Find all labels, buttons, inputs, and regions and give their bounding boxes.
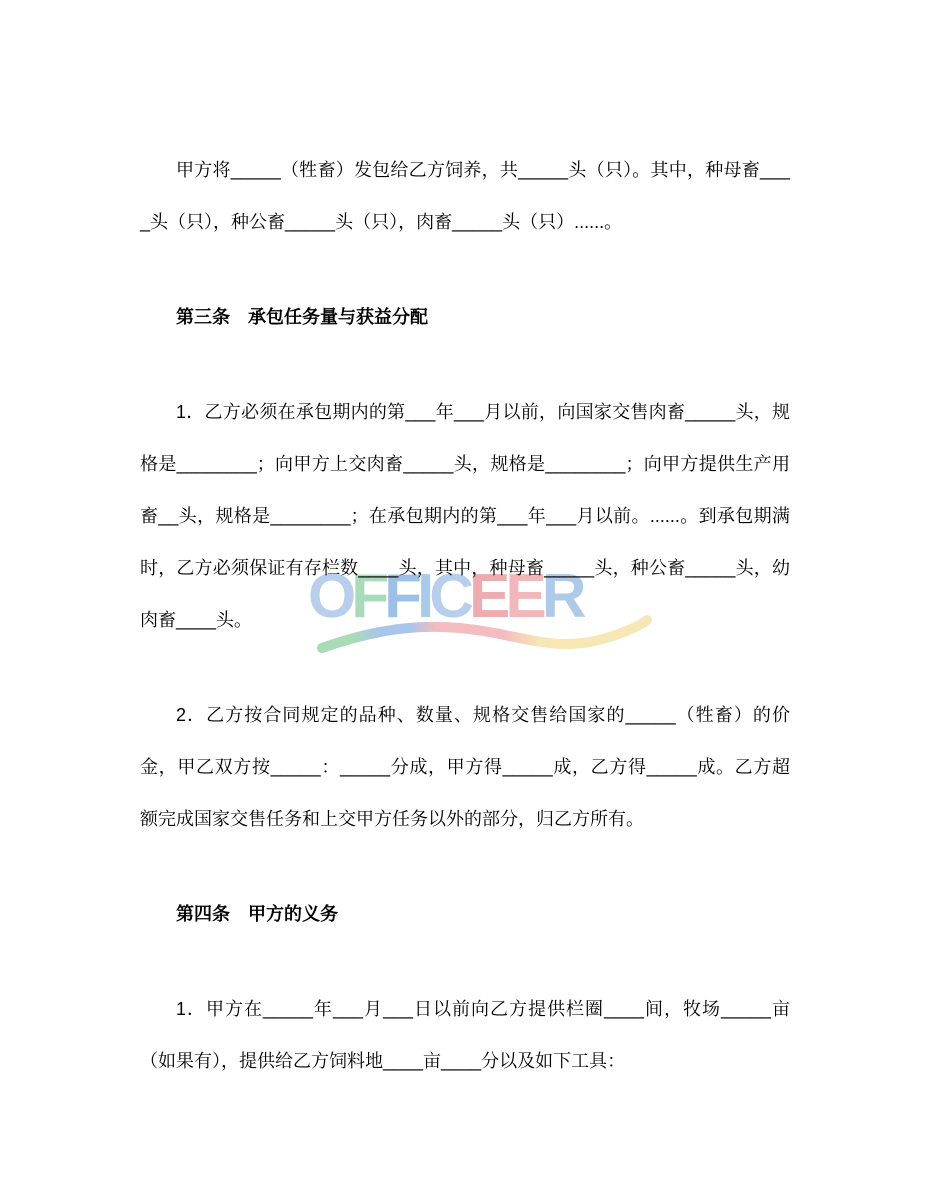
section-heading: 第四条 甲方的义务 — [140, 888, 790, 940]
paragraph: 1．乙方必须在承包期内的第___年___月以前，向国家交售肉畜_____头，规格… — [140, 386, 790, 646]
paragraph: 2．乙方按合同规定的品种、数量、规格交售给国家的_____（牲畜）的价金，甲乙双… — [140, 689, 790, 845]
section-heading: 第三条 承包任务量与获益分配 — [140, 291, 790, 343]
paragraph: 甲方将_____（牲畜）发包给乙方饲养，共_____头（只）。其中，种母畜___… — [140, 144, 790, 248]
document-body: 甲方将_____（牲畜）发包给乙方饲养，共_____头（只）。其中，种母畜___… — [140, 144, 790, 1130]
paragraph: 1．甲方在_____年___月___日以前向乙方提供栏圈____间，牧场____… — [140, 983, 790, 1087]
